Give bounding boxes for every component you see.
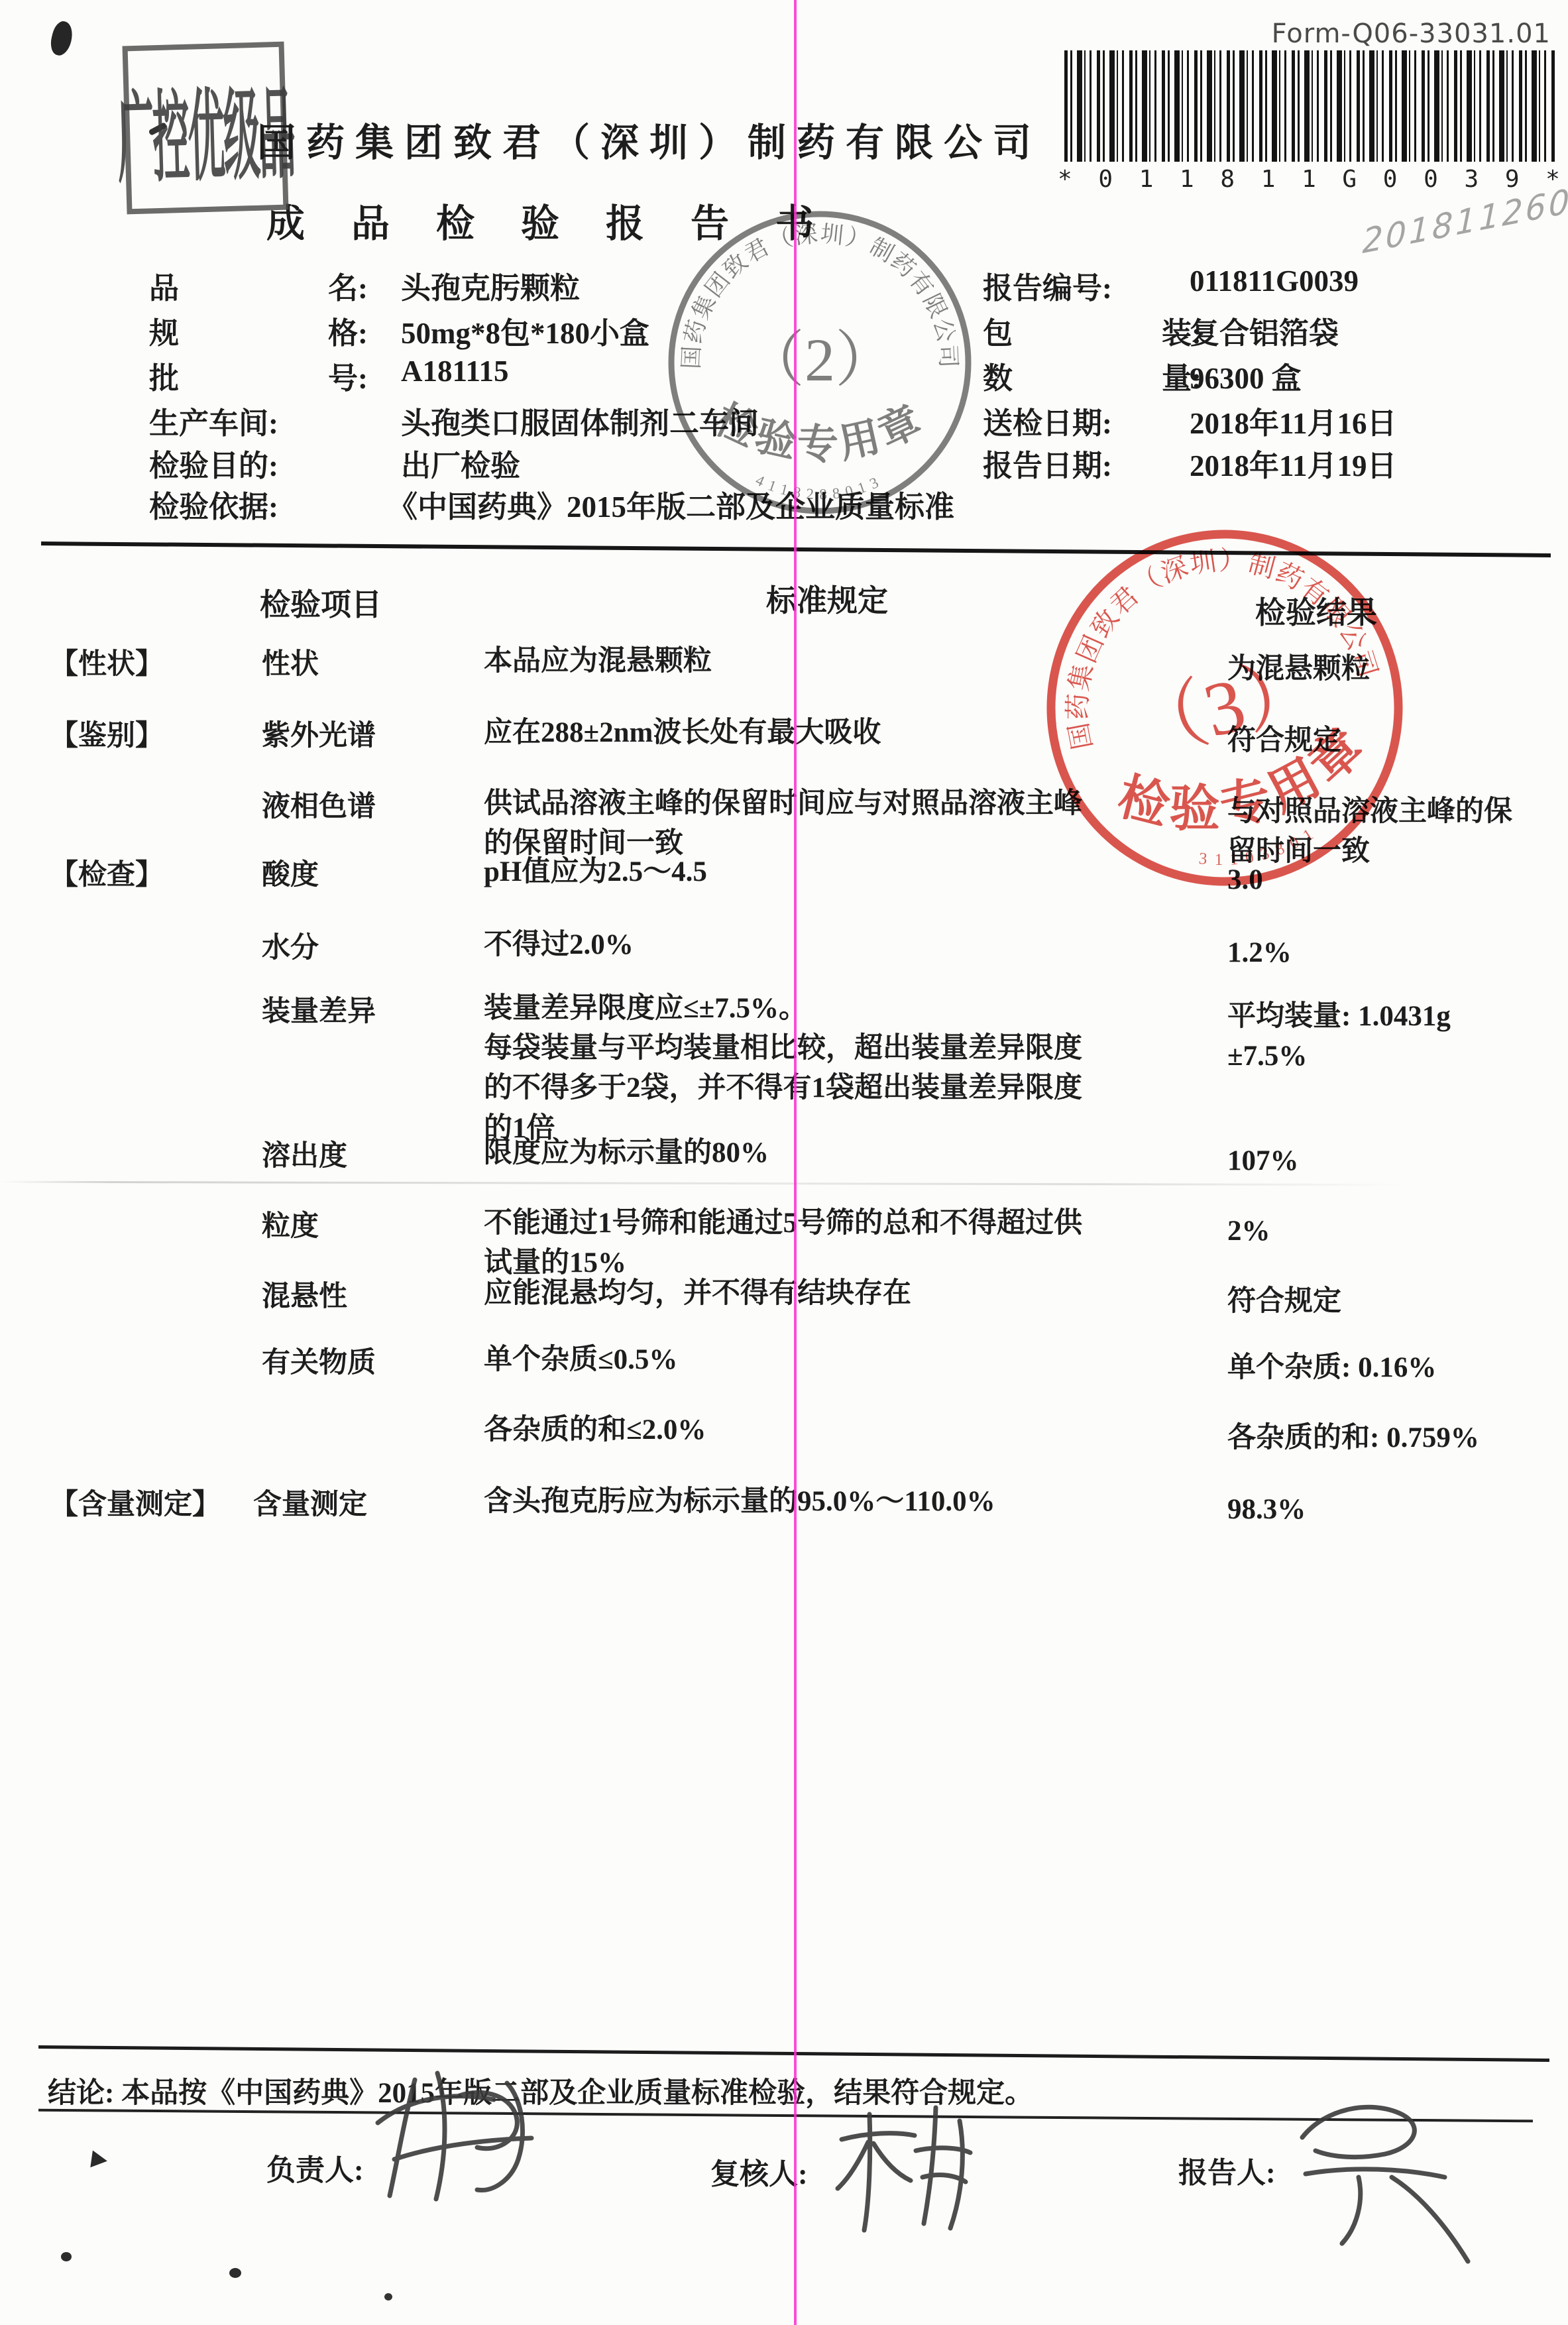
row-item: 酸度	[262, 852, 319, 893]
row-item: 紫外光谱	[262, 713, 376, 754]
row-item: 有关物质	[262, 1340, 376, 1381]
signer-label-lead: 负责人:	[266, 2146, 364, 2188]
row-category: 【鉴别】	[50, 713, 164, 754]
field-value-batch: A181115	[401, 354, 509, 388]
row-category: 【性状】	[50, 642, 164, 682]
row-item: 含量测定	[253, 1482, 367, 1522]
field-label-report-date: 报告日期:	[983, 441, 1112, 484]
scan-ink-blot	[90, 2150, 108, 2169]
field-label-workshop: 生产车间:	[149, 399, 278, 442]
field-label-product-name: 品 名:	[149, 264, 368, 307]
table-header-standard: 标准规定	[766, 577, 888, 620]
field-value-submit-date: 2018年11月16日	[1190, 399, 1397, 442]
row-standard: 含头孢克肟应为标示量的95.0%～110.0%	[484, 1482, 1259, 1522]
signature-report-scribble	[1279, 2088, 1484, 2273]
signer-label-review: 复核人:	[710, 2150, 808, 2192]
field-label-purpose: 检验目的:	[149, 441, 278, 484]
seal-number: （2）	[744, 326, 896, 394]
seal-number: （3）	[1122, 644, 1327, 771]
field-label-submit-date: 送检日期:	[983, 399, 1112, 442]
row-result: 单个杂质: 0.16%	[1227, 1348, 1552, 1388]
row-item: 水分	[262, 925, 319, 966]
row-item: 溶出度	[262, 1133, 347, 1174]
field-value-spec: 50mg*8包*180小盒	[401, 309, 649, 352]
row-result: 1.2%	[1227, 933, 1552, 973]
company-name: 国药集团致君（深圳）制药有限公司	[257, 111, 1042, 167]
row-category: 【含量测定】	[50, 1482, 221, 1522]
row-result: 各杂质的和: 0.759%	[1227, 1418, 1552, 1458]
row-item: 粒度	[262, 1204, 319, 1244]
signer-label-report: 报告人:	[1178, 2149, 1276, 2191]
scanned-inspection-report-page: Form-Q06-33031.01 * 0 1 1 8 1 1 G 0 0 3 …	[0, 0, 1568, 2325]
row-result: 平均装量: 1.0431g ±7.5%	[1227, 997, 1552, 1076]
row-standard: 各杂质的和≤2.0%	[484, 1410, 1259, 1450]
signature-review-scribble	[830, 2088, 982, 2253]
row-standard: 不能通过1号筛和能通过5号筛的总和不得超过供 试量的15%	[484, 1204, 1259, 1283]
field-label-basis: 检验依据:	[149, 482, 278, 526]
scan-speck	[61, 2252, 72, 2261]
row-result: 98.3%	[1227, 1490, 1552, 1530]
signature-lead-scribble	[358, 2060, 563, 2226]
row-result: 2%	[1227, 1212, 1552, 1251]
field-value-quantity: 96300 盒	[1190, 354, 1302, 397]
field-value-report-no: 011811G0039	[1190, 264, 1359, 298]
table-header-item: 检验项目	[260, 581, 382, 624]
row-standard: 不得过2.0%	[484, 925, 1259, 965]
barcode	[1064, 50, 1555, 162]
scan-crease-line	[0, 1181, 1405, 1186]
row-item: 装量差异	[262, 989, 376, 1029]
scan-speck	[384, 2293, 392, 2300]
field-label-report-no: 报告编号:	[983, 264, 1112, 307]
field-value-report-date: 2018年11月19日	[1190, 441, 1397, 484]
form-number: Form-Q06-33031.01	[1239, 19, 1551, 49]
svg-text:4118288013: 4118288013	[753, 472, 886, 503]
row-standard: 限度应为标示量的80%	[484, 1133, 1259, 1173]
field-label-batch: 批 号:	[149, 354, 368, 397]
row-standard: 单个杂质≤0.5%	[484, 1340, 1259, 1380]
row-standard: 装量差异限度应≤±7.5%。 每袋装量与平均装量相比较，超出装量差异限度 的不得…	[484, 989, 1259, 1149]
field-label-spec: 规 格:	[149, 309, 368, 352]
field-value-purpose: 出厂检验	[401, 441, 520, 484]
scanner-line-artifact	[794, 0, 797, 2325]
row-category: 【检查】	[50, 852, 164, 893]
row-item: 性状	[262, 642, 319, 682]
scan-speck	[229, 2268, 241, 2278]
field-value-packaging: 复合铝箔袋	[1190, 309, 1339, 352]
scan-speck	[48, 19, 76, 58]
field-value-product-name: 头孢克肟颗粒	[401, 264, 580, 307]
field-label-quantity: 数 量:	[983, 354, 1202, 397]
seal-serial: 4118288013	[753, 472, 886, 503]
row-item: 混悬性	[262, 1274, 347, 1314]
inspection-seal-2: 国药集团致君（深圳）制药有限公司 （2） 检验专用章 4118288013	[664, 207, 976, 518]
row-result: 符合规定	[1227, 1282, 1552, 1322]
field-label-packaging: 包 装:	[983, 309, 1202, 352]
row-item: 液相色谱	[262, 784, 376, 824]
barcode-label: * 0 1 1 8 1 1 G 0 0 3 9 *	[1058, 166, 1568, 193]
row-result: 107%	[1227, 1141, 1552, 1181]
seal-caption: 检验专用章	[708, 396, 931, 468]
row-standard: 应能混悬均匀，并不得有结块存在	[484, 1274, 1259, 1314]
svg-text:检验专用章: 检验专用章	[708, 396, 931, 468]
